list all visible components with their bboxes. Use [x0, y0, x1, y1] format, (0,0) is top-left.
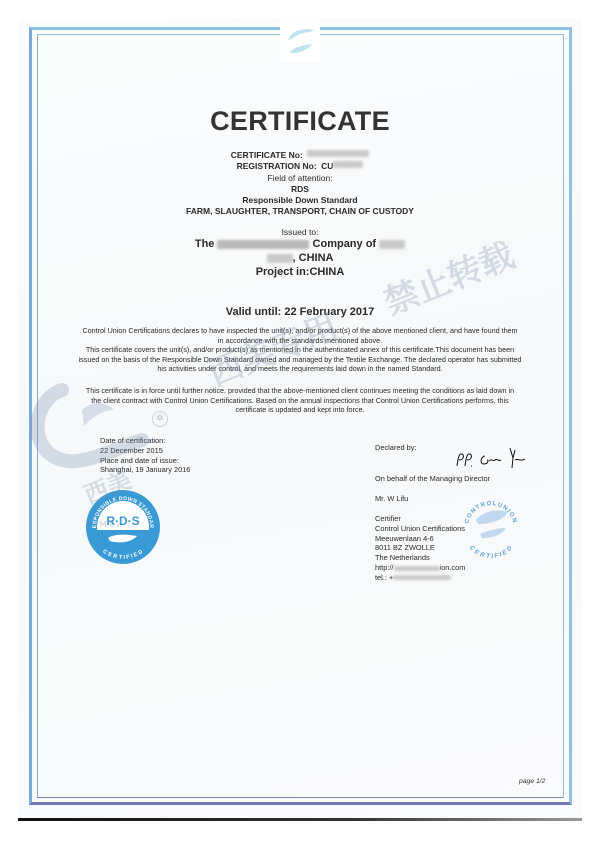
paragraph-3-line-1: This certificate is in force until furth…	[62, 386, 538, 396]
paragraph-1-line-1: Control Union Certifications declares to…	[62, 326, 538, 336]
issued-to-country-line: , CHINA	[40, 251, 560, 265]
rds-center-text: R·D·S	[106, 514, 139, 528]
certification-dates: Date of certification: 22 December 2015 …	[100, 436, 190, 475]
signature	[455, 446, 535, 477]
date-of-certification-label: Date of certification:	[100, 436, 190, 446]
page-number: page 1/2	[519, 778, 545, 785]
address-line-2: 8011 BZ ZWOLLE	[375, 543, 465, 553]
paragraph-3-line-3: certificate is updated and kept into for…	[62, 405, 538, 415]
certification-scope: FARM, SLAUGHTER, TRANSPORT, CHAIN OF CUS…	[40, 206, 560, 217]
paragraph-1-line-2: in accordance with the standards mention…	[62, 336, 538, 346]
signatory-name: Mr. W Lifu	[375, 494, 408, 504]
declared-by-label: Declared by:	[375, 443, 417, 453]
certifier-label: Certifier	[375, 514, 465, 524]
on-behalf-of: On behalf of the Managing Director	[375, 474, 490, 484]
validity-paragraph: This certificate is in force until furth…	[62, 386, 538, 415]
issued-to-country: , CHINA	[293, 252, 334, 264]
issued-to-company: Company of	[313, 238, 377, 250]
document-title: CERTIFICATE	[40, 106, 560, 137]
field-of-attention-label: Field of attention:	[40, 173, 560, 184]
registration-no-label: REGISTRATION No:	[237, 161, 317, 171]
place-date-issue-label: Place and date of issue:	[100, 456, 190, 466]
certifier-details: Certifier Control Union Certifications M…	[375, 514, 465, 583]
website: http://ion.com	[375, 563, 465, 573]
redacted-telephone	[393, 575, 451, 580]
issued-to-prefix: The	[195, 238, 215, 250]
website-prefix: http://	[375, 563, 394, 572]
standard-name: Responsible Down Standard	[40, 195, 560, 206]
paragraph-2-line-2: issued on the basis of the Responsible D…	[62, 355, 538, 365]
registration-number-row: REGISTRATION No: CU	[40, 156, 560, 174]
svg-text:CERTIFIED: CERTIFIED	[468, 544, 514, 560]
address-line-1: Meeuwenlaan 4-6	[375, 534, 465, 544]
redacted-district	[267, 254, 293, 263]
paper-shadow	[18, 818, 582, 821]
paragraph-3-line-2: the client contract with Control Union C…	[62, 396, 538, 406]
valid-until: Valid until: 22 February 2017	[40, 306, 560, 318]
redacted-company-name	[217, 240, 309, 249]
paragraph-2-line-3: his activities under control, and meets …	[62, 364, 538, 374]
registration-no-prefix: CU	[321, 161, 333, 171]
control-union-certified-stamp-icon: CONTROLUNION CERTIFIED	[456, 490, 526, 565]
issued-to-company-line: The Company of	[40, 237, 560, 251]
redacted-website	[394, 566, 440, 571]
redacted-registration-no	[333, 161, 363, 168]
address-line-3: The Netherlands	[375, 553, 465, 563]
telephone: tel.: +	[375, 573, 465, 583]
control-union-logo-icon	[280, 22, 320, 62]
snowflake-icon: ✲	[152, 411, 168, 427]
date-of-certification: 22 December 2015	[100, 446, 190, 456]
rds-certified-seal-icon: R·D·S RESPONSIBLE DOWN STANDARD CERTIFIE…	[84, 488, 162, 571]
tel-prefix: tel.: +	[375, 573, 393, 582]
paragraph-2-line-1: This certificate covers the unit(s), and…	[62, 345, 538, 355]
certifier-name: Control Union Certifications	[375, 524, 465, 534]
standard-code: RDS	[40, 184, 560, 195]
project-location: Project in:CHINA	[40, 265, 560, 279]
place-date-issue: Shanghai, 19 January 2016	[100, 465, 190, 475]
declaration-paragraph: Control Union Certifications declares to…	[62, 326, 538, 374]
redacted-city	[379, 240, 405, 249]
